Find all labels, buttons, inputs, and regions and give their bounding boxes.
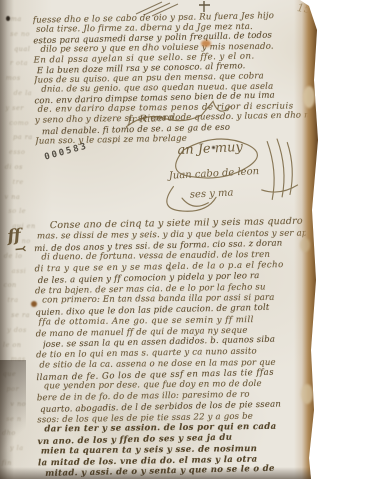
edge-wear-patch xyxy=(300,238,310,252)
signature-line3-text: ses y ma xyxy=(190,187,234,200)
rubric-strokes xyxy=(259,138,298,200)
binding-corner-shadow xyxy=(0,360,26,479)
ink-drop-stain xyxy=(31,301,37,307)
signature-block: fr Riuero an Je muy Juan cabo de leon se… xyxy=(123,91,319,225)
rust-stain xyxy=(201,40,211,47)
lower-text-block: Conse ano de cinq ta y siete mil y seis … xyxy=(34,217,310,479)
bottom-edge-shadow xyxy=(0,467,312,479)
edge-wear-patch xyxy=(301,384,313,404)
ink-dot xyxy=(212,146,215,149)
manuscript-scan: amase noqualr otamosde lay sercomopa rae… xyxy=(0,0,370,479)
script-line: tre xyxy=(13,175,47,190)
notary-margin-mark-tail: ⤙ xyxy=(14,241,26,258)
signature-line2-text: Juan cabo de leon xyxy=(167,166,260,182)
signature-line1-text: an Je muy xyxy=(177,140,244,158)
witness-signature-text: fr Riuero xyxy=(127,112,174,125)
small-stain xyxy=(168,268,171,271)
script-line: esso xyxy=(9,145,47,160)
edge-wear-patch xyxy=(303,86,315,108)
manuscript-page: amase noqualr otamosde lay sercomopa rae… xyxy=(0,0,370,479)
